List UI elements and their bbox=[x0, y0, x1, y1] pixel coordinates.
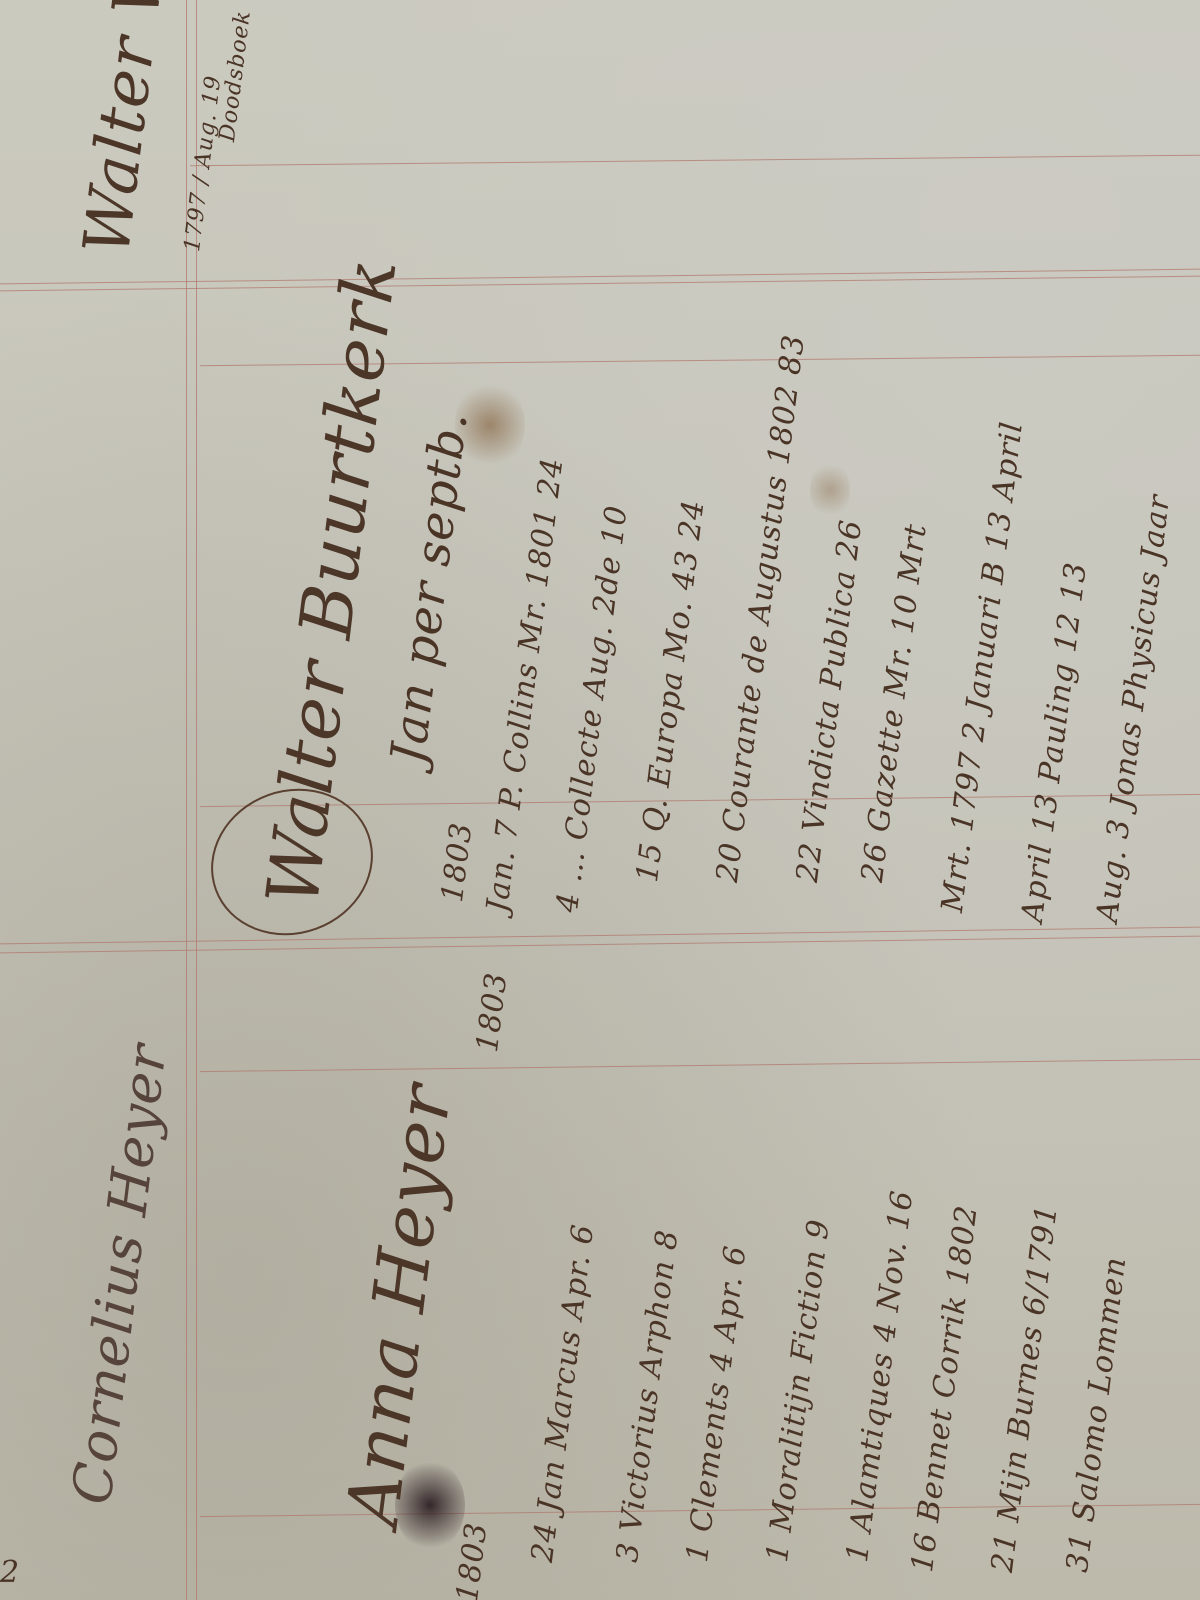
entry-anna-line: 3 Victorius Arphon 8 bbox=[610, 1227, 686, 1564]
entry-anna-line: 21 Mijn Burnes 6/1791 bbox=[985, 1202, 1065, 1574]
ruling-horizontal bbox=[0, 936, 1200, 954]
entry-anna-line: 16 Bennet Corrik 1802 bbox=[905, 1203, 985, 1574]
ruling-horizontal bbox=[0, 269, 1200, 285]
corner-number: 2 bbox=[0, 1555, 20, 1590]
entry-walter-subheading: Jan per septb. bbox=[380, 408, 479, 767]
entry-walter-line: 22 Vindicta Publica 26 bbox=[790, 518, 869, 885]
entry-walter-line: 15 Q. Europa Mo. 43 24 bbox=[630, 498, 712, 885]
entry-walter-line: 26 Gazette Mr. 10 Mrt bbox=[855, 522, 934, 885]
ruling-horizontal bbox=[190, 155, 1200, 167]
entry-walter-heading: Walter Buurtkerk bbox=[250, 253, 413, 910]
entry-anna-line: 1 Clements 4 Apr. 6 bbox=[680, 1243, 754, 1564]
entry-walter-line: Aug. 3 Jonas Physicus Jaar bbox=[1090, 492, 1177, 924]
entry-walter-line: April 13 Pauling 12 13 bbox=[1015, 560, 1094, 924]
top-name-heading: Walter W. bbox=[70, 0, 182, 259]
entry-cornelius-heading: Cornelius Heyer bbox=[60, 1041, 179, 1508]
ruling-horizontal bbox=[200, 1059, 1200, 1072]
ledger-page: Walter W. 1797 / Aug. 19 Doodsboek Walte… bbox=[0, 0, 1200, 1600]
entry-walter-year: 1803 bbox=[435, 820, 480, 904]
ink-stain bbox=[810, 460, 850, 520]
ruling-horizontal bbox=[0, 927, 1200, 945]
entry-anna-line: 31 Salomo Lommen bbox=[1060, 1255, 1133, 1575]
entry-walter-line: 4 ... Collecte Aug. 2de 10 bbox=[550, 503, 635, 914]
entry-anna-year: 1803 bbox=[470, 970, 515, 1054]
entry-anna-heading: Anna Heyer bbox=[330, 1080, 467, 1531]
ruling-horizontal bbox=[0, 276, 1200, 292]
entry-walter-line: 20 Courante de Augustus 1802 83 bbox=[710, 332, 812, 884]
entry-anna-line: 1 Moralitijn Fiction 9 bbox=[760, 1217, 837, 1564]
entry-walter-line: Mrt. 1797 2 Januari B 13 April bbox=[935, 419, 1030, 914]
entry-anna-line: 24 Jan Marcus Apr. 6 bbox=[525, 1222, 601, 1564]
